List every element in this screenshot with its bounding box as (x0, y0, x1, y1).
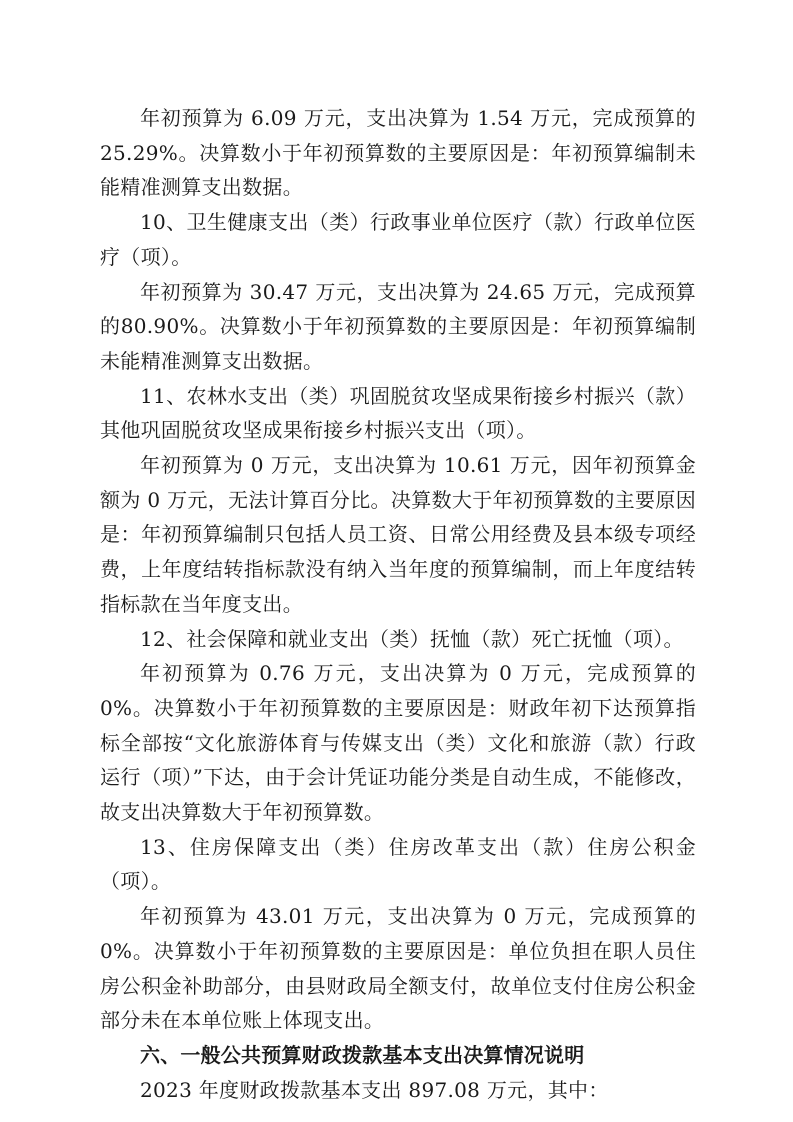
document-page: 年初预算为 6.09 万元，支出决算为 1.54 万元，完成预算的25.29%。… (100, 101, 696, 1107)
section-heading-six: 六、一般公共预算财政拨款基本支出决算情况说明 (100, 1038, 696, 1073)
paragraph-item12-title: 12、社会保障和就业支出（类）抚恤（款）死亡抚恤（项）。 (100, 622, 696, 657)
paragraph-item13-budget-detail: 年初预算为 43.01 万元，支出决算为 0 万元，完成预算的 0%。决算数小于… (100, 899, 696, 1038)
paragraph-item10-title: 10、卫生健康支出（类）行政事业单位医疗（款）行政单位医疗（项）。 (100, 205, 696, 274)
paragraph-item11-budget-detail: 年初预算为 0 万元，支出决算为 10.61 万元，因年初预算金额为 0 万元，… (100, 448, 696, 622)
paragraph-basic-expenditure-summary: 2023 年度财政拨款基本支出 897.08 万元，其中： (100, 1073, 696, 1108)
paragraph-item13-title: 13、住房保障支出（类）住房改革支出（款）住房公积金（项）。 (100, 830, 696, 899)
paragraph-item10-budget-detail: 年初预算为 30.47 万元，支出决算为 24.65 万元，完成预算的80.90… (100, 275, 696, 379)
paragraph-item11-title: 11、农林水支出（类）巩固脱贫攻坚成果衔接乡村振兴（款）其他巩固脱贫攻坚成果衔接… (100, 379, 696, 448)
paragraph-item9-budget-detail: 年初预算为 6.09 万元，支出决算为 1.54 万元，完成预算的25.29%。… (100, 101, 696, 205)
paragraph-item12-budget-detail: 年初预算为 0.76 万元，支出决算为 0 万元，完成预算的 0%。决算数小于年… (100, 656, 696, 830)
